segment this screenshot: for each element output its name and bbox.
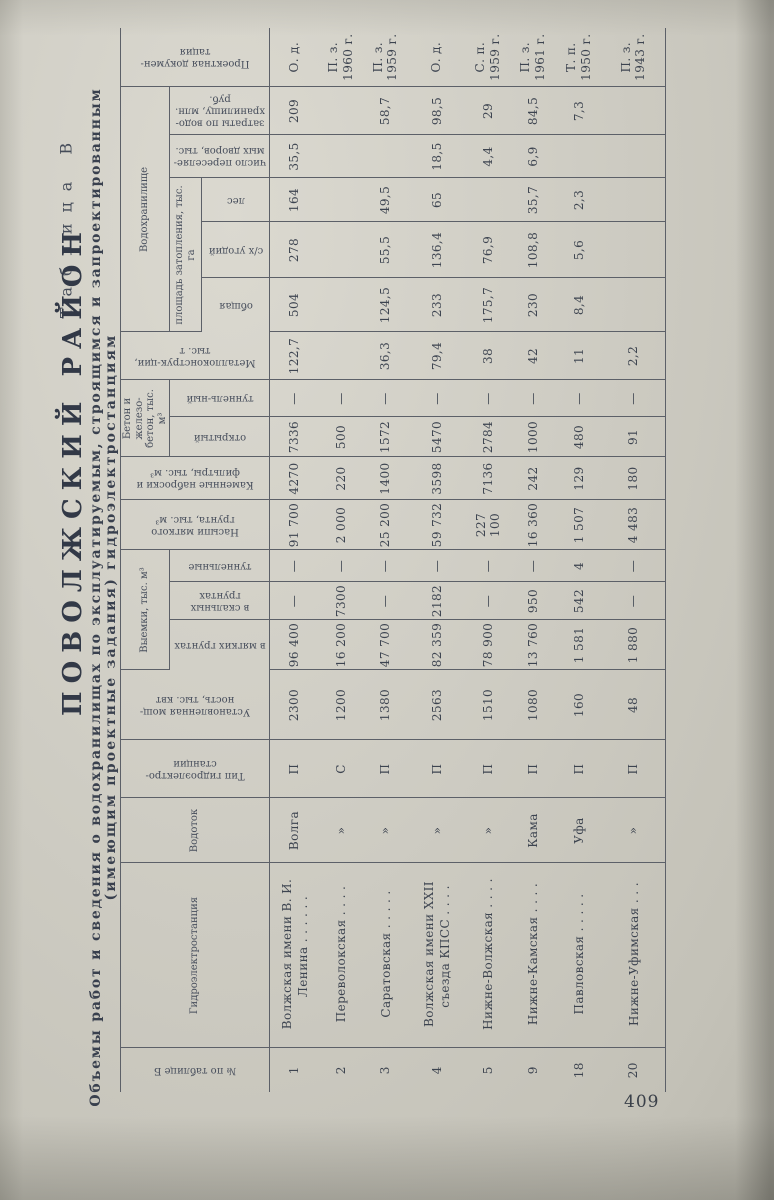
cell-excavation-soft: 1 880: [602, 620, 666, 670]
cell-doc: П. з. 1943 г.: [602, 28, 666, 87]
cell-power: 2300: [270, 670, 319, 740]
cell-households: 35,5: [270, 135, 319, 178]
cell-power: 1200: [319, 670, 363, 740]
cell-fill: 91 700: [270, 500, 319, 550]
rotated-table-container: № по таблице Б Гидроэлектростанция Водот…: [120, 28, 660, 1092]
cell-river: »: [363, 798, 408, 863]
cell-cost: 98,5: [408, 87, 466, 135]
cell-households: 6,9: [510, 135, 556, 178]
cell-excavation-rock: —: [270, 582, 319, 620]
cell-metal: 36,3: [363, 332, 408, 380]
cell-excavation-tunnel: —: [270, 550, 319, 582]
cell-rockfill: 220: [319, 457, 363, 500]
cell-type: С: [319, 740, 363, 798]
cell-fill: 1 507: [556, 500, 602, 550]
station-name-line1: Саратовская . . . . .: [379, 866, 395, 1043]
cell-metal: 11: [556, 332, 602, 380]
station-name-line1: Павловская . . . . .: [572, 866, 588, 1043]
cell-river: »: [319, 798, 363, 863]
cell-num: 9: [510, 1048, 556, 1092]
col-header-cost: затраты по водо-хранилищу, млн. руб.: [170, 87, 270, 135]
cell-concrete-tunnel: —: [270, 380, 319, 417]
cell-cost: 84,5: [510, 87, 556, 135]
station-name-line1: Нижне-Уфимская . . .: [627, 866, 643, 1043]
cell-num: 5: [466, 1048, 510, 1092]
scanned-book-page: Таблица В ПОВОЛЖСКИЙ РАЙОН Объемы работ …: [0, 0, 774, 1200]
cell-station-name: Волжская имени XXII съезда КПСС . . . .: [408, 863, 466, 1048]
cell-doc: П. з. 1960 г.: [319, 28, 363, 87]
cell-area-agr: 278: [270, 222, 319, 278]
cell-households: [319, 135, 363, 178]
cell-river: »: [408, 798, 466, 863]
cell-station-name: Павловская . . . . .: [556, 863, 602, 1048]
doc-line1: О. д.: [287, 30, 301, 85]
cell-rockfill: 7136: [466, 457, 510, 500]
cell-area-forest: 35,7: [510, 178, 556, 222]
table-caption-line2: (имеющим проектные задания) гидроэлектро…: [103, 334, 119, 901]
cell-fill: 59 732: [408, 500, 466, 550]
cell-area-forest: 65: [408, 178, 466, 222]
cell-cost: 29: [466, 87, 510, 135]
cell-concrete-tunnel: —: [466, 380, 510, 417]
cell-area-agr: 5,6: [556, 222, 602, 278]
station-name-line1: Волжская имени XXII: [422, 866, 438, 1043]
cell-station-name: Нижне-Уфимская . . .: [602, 863, 666, 1048]
cell-fill: 4 483: [602, 500, 666, 550]
cell-area-total: [602, 278, 666, 332]
cell-excavation-tunnel: —: [363, 550, 408, 582]
table-row: 5 Нижне-Волжская . . . . » П 1510 78 900…: [466, 28, 510, 1092]
cell-cost: 209: [270, 87, 319, 135]
cell-station-name: Саратовская . . . . .: [363, 863, 408, 1048]
cell-concrete-open: 480: [556, 417, 602, 457]
cell-concrete-open: 500: [319, 417, 363, 457]
cell-power: 1380: [363, 670, 408, 740]
doc-line2: 1959 г.: [385, 30, 399, 85]
cell-river: Волга: [270, 798, 319, 863]
doc-line1: О. д.: [429, 30, 443, 85]
table-row: 4 Волжская имени XXII съезда КПСС . . . …: [408, 28, 466, 1092]
col-group-flood-area: площадь затопления, тыс. га: [170, 178, 202, 332]
station-name-line1: Нижне-Камская . . . .: [526, 866, 542, 1043]
cell-area-agr: [602, 222, 666, 278]
cell-excavation-rock: —: [602, 582, 666, 620]
col-header-fill: Насыпи мягкого грунта, тыс. м³: [121, 500, 270, 550]
cell-cost: 7,3: [556, 87, 602, 135]
table-header: № по таблице Б Гидроэлектростанция Водот…: [121, 28, 270, 1092]
page-number: 409: [624, 1092, 659, 1112]
cell-area-total: 504: [270, 278, 319, 332]
cell-concrete-open: 91: [602, 417, 666, 457]
cell-concrete-open: 7336: [270, 417, 319, 457]
cell-households: [363, 135, 408, 178]
cell-area-total: 230: [510, 278, 556, 332]
col-header-metal: Металлоконструк-ции, тыс. т: [121, 332, 270, 380]
cell-num: 3: [363, 1048, 408, 1092]
cell-area-agr: 108,8: [510, 222, 556, 278]
cell-concrete-open: 2784: [466, 417, 510, 457]
cell-area-forest: [602, 178, 666, 222]
cell-power: 1080: [510, 670, 556, 740]
cell-station-name: Переволокская . . . .: [319, 863, 363, 1048]
cell-metal: 38: [466, 332, 510, 380]
doc-line1: Т. п.: [564, 30, 578, 85]
cell-excavation-rock: 950: [510, 582, 556, 620]
doc-line2: 1961 г.: [533, 30, 547, 85]
col-header-area-total: общая: [202, 278, 270, 332]
cell-metal: [319, 332, 363, 380]
table-row: 2 Переволокская . . . . » С 1200 16 200 …: [319, 28, 363, 1092]
cell-excavation-soft: 78 900: [466, 620, 510, 670]
cell-concrete-open: 1572: [363, 417, 408, 457]
station-name-line2: Ленина . . . . . .: [296, 866, 312, 1043]
cell-excavation-tunnel: —: [602, 550, 666, 582]
col-header-concrete-tunnel: туннель-ный: [170, 380, 270, 417]
cell-area-forest: 164: [270, 178, 319, 222]
cell-area-agr: 136,4: [408, 222, 466, 278]
cell-rockfill: 180: [602, 457, 666, 500]
cell-area-forest: [466, 178, 510, 222]
table-row: 20 Нижне-Уфимская . . . » П 48 1 880 — —…: [602, 28, 666, 1092]
cell-fill: 16 360: [510, 500, 556, 550]
cell-excavation-rock: —: [466, 582, 510, 620]
cell-station-name: Нижне-Волжская . . . .: [466, 863, 510, 1048]
cell-metal: 79,4: [408, 332, 466, 380]
cell-households: [602, 135, 666, 178]
doc-line1: П. з.: [326, 30, 340, 85]
cell-area-forest: 2,3: [556, 178, 602, 222]
cell-type: П: [510, 740, 556, 798]
col-header-power: Установленная мощ-ность, тыс. квт: [121, 670, 270, 740]
cell-doc: Т. п. 1950 г.: [556, 28, 602, 87]
col-header-area-agr: с/х угодий: [202, 222, 270, 278]
cell-cost: [602, 87, 666, 135]
cell-power: 160: [556, 670, 602, 740]
cell-rockfill: 3598: [408, 457, 466, 500]
col-header-excavation-rock: в скальных грунтах: [170, 582, 270, 620]
cell-num: 4: [408, 1048, 466, 1092]
table-row: 3 Саратовская . . . . . » П 1380 47 700 …: [363, 28, 408, 1092]
cell-excavation-tunnel: —: [466, 550, 510, 582]
cell-doc: О. д.: [270, 28, 319, 87]
cell-concrete-tunnel: —: [556, 380, 602, 417]
cell-power: 48: [602, 670, 666, 740]
cell-type: П: [408, 740, 466, 798]
cell-area-agr: [319, 222, 363, 278]
cell-area-total: 8,4: [556, 278, 602, 332]
cell-area-forest: [319, 178, 363, 222]
cell-concrete-tunnel: —: [602, 380, 666, 417]
cell-rockfill: 129: [556, 457, 602, 500]
cell-doc: С. п. 1959 г.: [466, 28, 510, 87]
col-header-type: Тип гидроэлектро-станции: [121, 740, 270, 798]
cell-metal: 2,2: [602, 332, 666, 380]
col-group-concrete: Бетон и железо-бетон, тыс. м³: [121, 380, 170, 457]
cell-households: 4,4: [466, 135, 510, 178]
cell-rockfill: 242: [510, 457, 556, 500]
cell-num: 2: [319, 1048, 363, 1092]
cell-doc: П. з. 1961 г.: [510, 28, 556, 87]
cell-excavation-tunnel: 4: [556, 550, 602, 582]
cell-doc: О. д.: [408, 28, 466, 87]
cell-excavation-soft: 13 760: [510, 620, 556, 670]
doc-line1: П. з.: [619, 30, 633, 85]
cell-doc: П. з. 1959 г.: [363, 28, 408, 87]
col-header-doc: Проектная докумен-тация: [121, 28, 270, 87]
station-name-line1: Нижне-Волжская . . . .: [481, 866, 497, 1043]
cell-excavation-rock: 542: [556, 582, 602, 620]
cell-excavation-rock: 7300: [319, 582, 363, 620]
cell-excavation-tunnel: —: [319, 550, 363, 582]
cell-type: П: [556, 740, 602, 798]
doc-line2: 1959 г.: [488, 30, 502, 85]
cell-num: 20: [602, 1048, 666, 1092]
cell-concrete-tunnel: —: [319, 380, 363, 417]
doc-line2: 1943 г.: [633, 30, 647, 85]
cell-river: Кама: [510, 798, 556, 863]
col-header-station: Гидроэлектростанция: [121, 863, 270, 1048]
cell-concrete-open: 5470: [408, 417, 466, 457]
cell-area-total: 124,5: [363, 278, 408, 332]
cell-fill: 25 200: [363, 500, 408, 550]
doc-line2: 1950 г.: [579, 30, 593, 85]
cell-cost: [319, 87, 363, 135]
cell-cost: 58,7: [363, 87, 408, 135]
cell-type: П: [466, 740, 510, 798]
station-name-line1: Волжская имени В. И.: [280, 866, 296, 1043]
cell-excavation-soft: 47 700: [363, 620, 408, 670]
region-title: ПОВОЛЖСКИЙ РАЙОН: [58, 224, 88, 716]
cell-metal: 122,7: [270, 332, 319, 380]
cell-excavation-soft: 96 400: [270, 620, 319, 670]
cell-station-name: Нижне-Камская . . . .: [510, 863, 556, 1048]
cell-concrete-tunnel: —: [408, 380, 466, 417]
cell-households: 18,5: [408, 135, 466, 178]
cell-area-total: [319, 278, 363, 332]
cell-type: П: [602, 740, 666, 798]
cell-area-agr: 55,5: [363, 222, 408, 278]
cell-river: »: [466, 798, 510, 863]
col-header-concrete-open: открытый: [170, 417, 270, 457]
cell-num: 18: [556, 1048, 602, 1092]
cell-fill: 227 100: [466, 500, 510, 550]
cell-rockfill: 4270: [270, 457, 319, 500]
station-name-line1: Переволокская . . . .: [334, 866, 350, 1043]
cell-excavation-rock: 2182: [408, 582, 466, 620]
cell-area-agr: 76,9: [466, 222, 510, 278]
col-header-excavation-soft: в мягких грунтах: [170, 620, 270, 670]
cell-station-name: Волжская имени В. И. Ленина . . . . . .: [270, 863, 319, 1048]
col-header-area-forest: лес: [202, 178, 270, 222]
table-body: 1 Волжская имени В. И. Ленина . . . . . …: [270, 28, 666, 1092]
table-row: 9 Нижне-Камская . . . . Кама П 1080 13 7…: [510, 28, 556, 1092]
station-name-line2: съезда КПСС . . . .: [438, 866, 454, 1043]
cell-num: 1: [270, 1048, 319, 1092]
cell-power: 1510: [466, 670, 510, 740]
cell-concrete-tunnel: —: [510, 380, 556, 417]
doc-line1: С. п.: [473, 30, 487, 85]
col-header-households: число переселяе-мых дворов, тыс.: [170, 135, 270, 178]
cell-concrete-tunnel: —: [363, 380, 408, 417]
cell-type: П: [270, 740, 319, 798]
col-header-num: № по таблице Б: [121, 1048, 270, 1092]
cell-area-total: 233: [408, 278, 466, 332]
cell-excavation-soft: 1 581: [556, 620, 602, 670]
cell-excavation-tunnel: —: [408, 550, 466, 582]
table-caption-line1: Объемы работ и сведения о водохранилищах…: [88, 87, 104, 1106]
cell-river: Уфа: [556, 798, 602, 863]
cell-households: [556, 135, 602, 178]
cell-excavation-rock: —: [363, 582, 408, 620]
cell-metal: 42: [510, 332, 556, 380]
cell-rockfill: 1400: [363, 457, 408, 500]
cell-fill: 2 000: [319, 500, 363, 550]
col-group-reservoir: Водохранилище: [121, 87, 170, 332]
cell-river: »: [602, 798, 666, 863]
col-header-river: Водоток: [121, 798, 270, 863]
hydro-stations-table: № по таблице Б Гидроэлектростанция Водот…: [120, 28, 666, 1092]
doc-line2: 1960 г.: [341, 30, 355, 85]
cell-area-total: 175,7: [466, 278, 510, 332]
cell-power: 2563: [408, 670, 466, 740]
cell-area-forest: 49,5: [363, 178, 408, 222]
cell-excavation-soft: 82 359: [408, 620, 466, 670]
col-header-excavation-tunnel: туннельные: [170, 550, 270, 582]
cell-excavation-tunnel: —: [510, 550, 556, 582]
doc-line1: П. з.: [371, 30, 385, 85]
col-header-rockfill: Каменные наброски и фильтры, тыс. м³: [121, 457, 270, 500]
doc-line1: П. з.: [518, 30, 532, 85]
table-row: 18 Павловская . . . . . Уфа П 160 1 581 …: [556, 28, 602, 1092]
cell-type: П: [363, 740, 408, 798]
cell-concrete-open: 1000: [510, 417, 556, 457]
cell-excavation-soft: 16 200: [319, 620, 363, 670]
table-row: 1 Волжская имени В. И. Ленина . . . . . …: [270, 28, 319, 1092]
col-group-excavation: Выемки, тыс. м³: [121, 550, 170, 670]
